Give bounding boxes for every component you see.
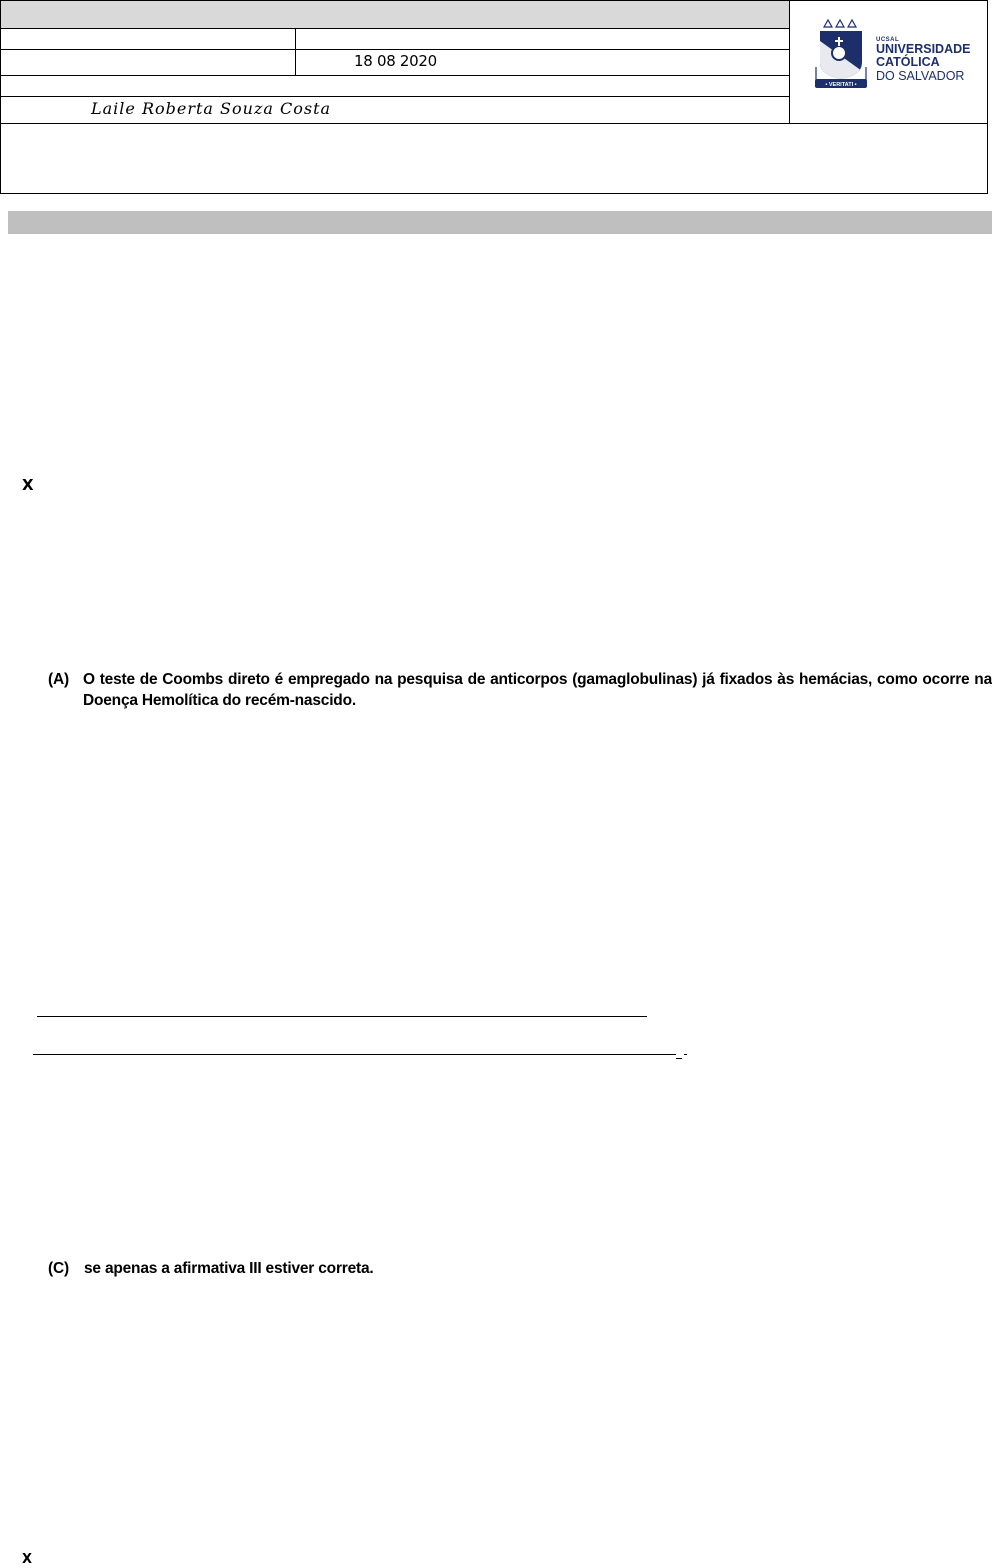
header-notes-row (1, 124, 987, 194)
answer-line-2 (33, 1054, 676, 1055)
university-logo: • VERITATI • UCSAL UNIVERSIDADE CATÓLICA… (812, 15, 972, 91)
option-c: (C) se apenas a afirmativa III estiver c… (48, 1258, 374, 1279)
section-bar (8, 211, 992, 234)
option-a-letter: (A) (48, 669, 69, 690)
logo-cell: • VERITATI • UCSAL UNIVERSIDADE CATÓLICA… (789, 1, 987, 124)
answer-line-2-dash (684, 1054, 687, 1055)
logo-line-3: DO SALVADOR (876, 69, 970, 83)
student-name: Laile Roberta Souza Costa (91, 99, 331, 118)
logo-wordmark: UCSAL UNIVERSIDADE CATÓLICA DO SALVADOR (876, 37, 970, 83)
crest-icon: • VERITATI • (812, 15, 870, 91)
header-field-left-1 (1, 29, 296, 50)
option-c-letter: (C) (48, 1258, 69, 1279)
answer-line-1 (37, 1016, 647, 1017)
header-date-cell: 18 08 2020 (296, 50, 789, 76)
answer-mark-2: X (22, 1552, 32, 1567)
header-field-left-2 (1, 50, 296, 76)
header-title-row (1, 1, 789, 29)
option-c-text: se apenas a afirmativa III estiver corre… (84, 1258, 374, 1279)
answer-mark-1: X (22, 476, 34, 494)
header-field-row-4 (1, 76, 789, 97)
answer-line-2-underscore (676, 1058, 682, 1059)
option-a: (A) O teste de Coombs direto é empregado… (48, 669, 992, 711)
option-a-text: O teste de Coombs direto é empregado na … (83, 669, 992, 711)
header-field-right-1 (296, 29, 789, 50)
logo-line-2: CATÓLICA (876, 56, 970, 69)
svg-text:• VERITATI •: • VERITATI • (825, 82, 856, 88)
header-name-cell: Laile Roberta Souza Costa (1, 97, 789, 124)
header-table: 18 08 2020 Laile Roberta Souza Costa • V… (0, 0, 988, 194)
date-value: 18 08 2020 (354, 52, 437, 70)
